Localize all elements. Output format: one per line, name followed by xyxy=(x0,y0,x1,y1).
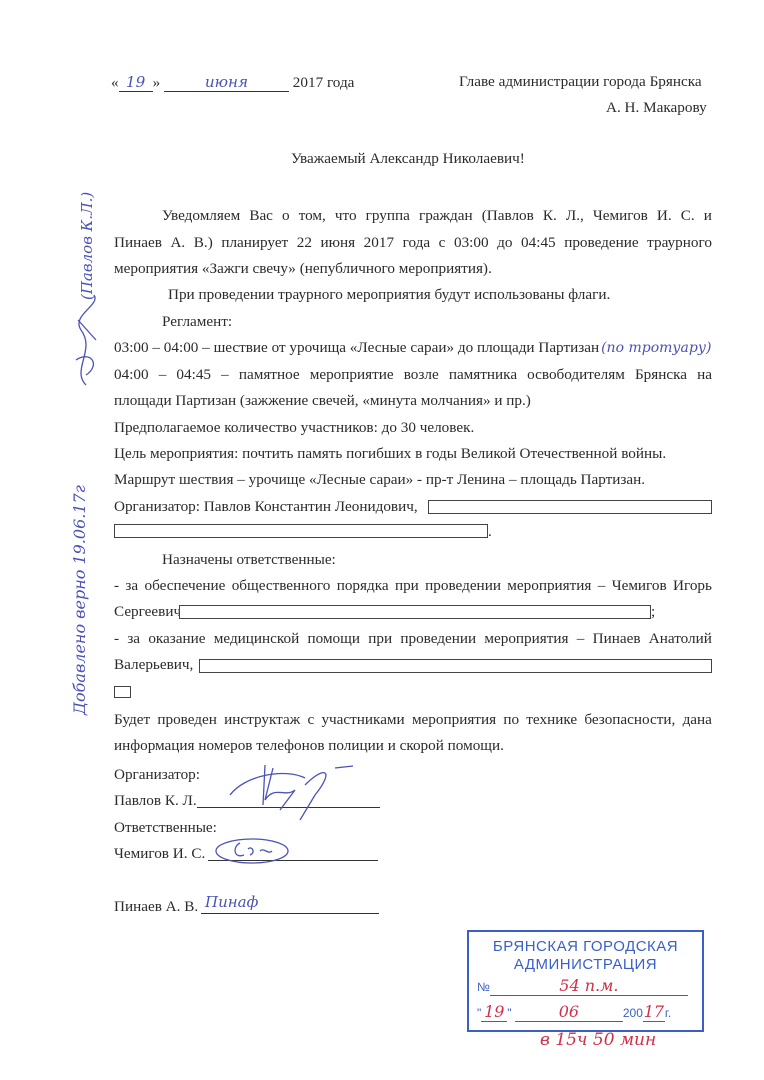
para1-line2: ПинаевА.В.)планирует22июня2017годас03:00… xyxy=(114,234,712,252)
event-goal: Цель мероприятия: почтить память погибши… xyxy=(114,445,666,463)
responsible-1-tail: ; xyxy=(651,603,655,621)
organizer-name: Павлов К. Л. xyxy=(114,792,197,810)
responsible-1-line1: -заобеспечениеобщественногопорядкаприпро… xyxy=(114,577,712,595)
stamp-line1: БРЯНСКАЯ ГОРОДСКАЯ xyxy=(469,938,702,955)
flags-paragraph: При проведении траурного мероприятия буд… xyxy=(168,286,610,304)
stamp-date-month: 06 xyxy=(515,1002,623,1022)
para1-line1: УведомляемВасотом,чтогруппаграждан(Павло… xyxy=(162,207,712,225)
date-day-handwritten: 19 xyxy=(119,73,153,92)
margin-note-lower: Добавлено верно 19.06.17г xyxy=(70,485,89,715)
responsible-heading: Назначены ответственные: xyxy=(162,551,336,569)
responsible-2-signature: Пинаф xyxy=(205,893,258,911)
redacted-box xyxy=(114,524,488,538)
stamp-number-value: 54 п.м. xyxy=(490,976,688,996)
stamp-year: 17 xyxy=(643,1002,665,1022)
redacted-box xyxy=(114,686,131,698)
organizer-tail: . xyxy=(488,523,492,541)
responsible-2-line2: Валерьевич, xyxy=(114,656,193,674)
registration-stamp: БРЯНСКАЯ ГОРОДСКАЯ АДМИНИСТРАЦИЯ №54 п.м… xyxy=(467,930,704,1032)
stamp-date-row: "19" 0620017г. xyxy=(477,1002,671,1022)
margin-signature xyxy=(66,290,106,390)
date-month-handwritten: июня xyxy=(164,73,289,92)
addressee-line1: Главе администрации города Брянска xyxy=(459,73,702,91)
responsible-1-signature xyxy=(212,833,292,865)
responsible-signature-label: Ответственные: xyxy=(114,819,217,837)
briefing-line1: Будетпроведенинструктажсучастникамимероп… xyxy=(114,711,712,729)
addressee-line2: А. Н. Макарову xyxy=(606,99,707,117)
responsible-2-signature-line xyxy=(201,912,379,914)
date-close-quote: » xyxy=(153,74,161,91)
redacted-box xyxy=(179,605,651,619)
organizer-signature-label: Организатор: xyxy=(114,766,200,784)
reglament-label: Регламент: xyxy=(162,313,232,331)
organizer-line: Организатор: Павлов Константин Леонидови… xyxy=(114,498,418,516)
margin-note-upper: (Павлов К.Л.) xyxy=(78,192,96,300)
schedule-item-2-line2: площади Партизан (зажжение свечей, «мину… xyxy=(114,392,531,410)
date-year: 2017 года xyxy=(293,74,355,91)
date-open-quote: « xyxy=(111,74,119,91)
responsible-2-name: Пинаев А. В. xyxy=(114,898,198,916)
responsible-1-line2: Сергеевич, xyxy=(114,603,185,621)
march-route: Маршрут шествия – урочище «Лесные сараи»… xyxy=(114,471,645,489)
responsible-2-line1: -заоказаниемедицинскойпомощиприпроведени… xyxy=(114,630,712,648)
stamp-date-day: 19 xyxy=(481,1002,507,1022)
schedule-item-2-line1: 04:00–04:45–памятноемероприятиевозлепамя… xyxy=(114,366,712,384)
briefing-line2: информация номеров телефонов полиции и с… xyxy=(114,737,504,755)
salutation: Уважаемый Александр Николаевич! xyxy=(291,150,525,168)
redacted-box xyxy=(199,659,712,673)
organizer-signature xyxy=(225,760,355,830)
handwritten-sidewalk-note: (по тротуару) xyxy=(601,340,711,356)
participants-count: Предполагаемое количество участников: до… xyxy=(114,419,474,437)
para1-line3: мероприятия «Зажги свечу» (непубличного … xyxy=(114,260,492,278)
stamp-number-row: №54 п.м. xyxy=(477,976,688,996)
redacted-box xyxy=(428,500,712,514)
schedule-item-1: 03:00 – 04:00 – шествие от урочища «Лесн… xyxy=(114,339,711,357)
stamp-line2: АДМИНИСТРАЦИЯ xyxy=(469,956,702,973)
responsible-1-name: Чемигов И. С. xyxy=(114,845,205,863)
letter-date: «19» июня 2017 года xyxy=(111,73,354,92)
stamp-number-label: № xyxy=(477,980,490,994)
stamp-time-note: в 15ч 50 мин xyxy=(540,1030,656,1050)
